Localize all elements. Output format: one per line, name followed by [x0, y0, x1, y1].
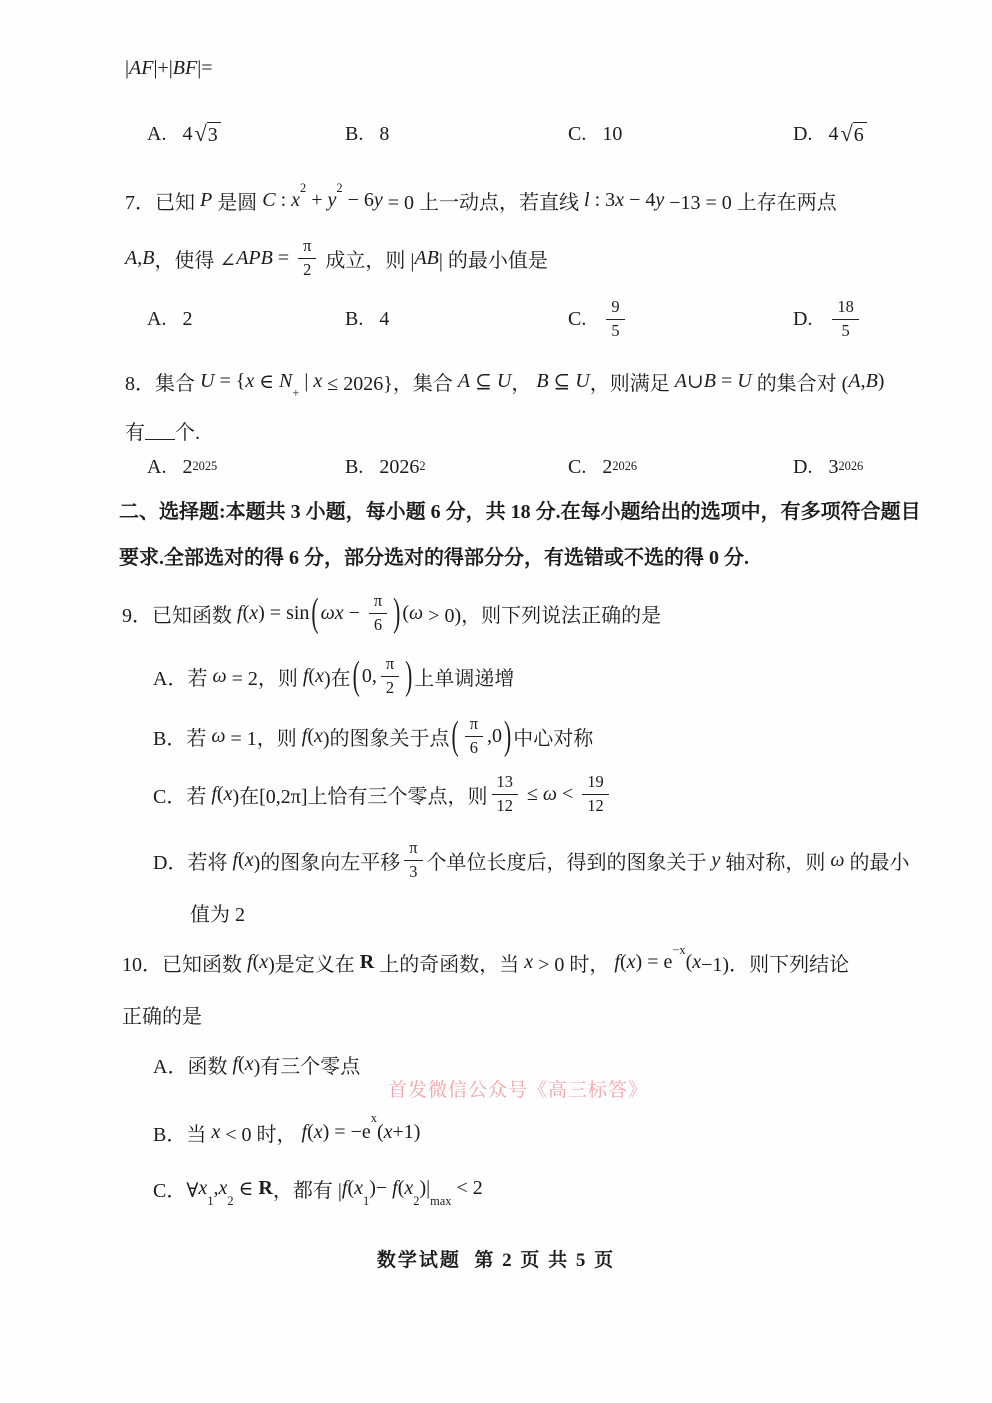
math-variable: ω: [211, 725, 225, 748]
math-variable: ω: [212, 665, 226, 688]
text-run: )在[0,2π]上恰有三个零点，则: [232, 780, 487, 809]
option-B: B.4: [345, 308, 568, 331]
text-run: = {: [214, 370, 245, 393]
text-run: 2: [602, 456, 612, 479]
option-value: 4√3: [182, 122, 220, 147]
text-run: 个.: [175, 416, 200, 445]
math-variable: x: [259, 951, 268, 974]
fraction-denominator: 2: [303, 259, 311, 281]
text-run: )在: [324, 662, 351, 691]
section-2-header-line-2: 要求.全部选对的得 6 分，部分选对的得部分分，有选错或不选的得 0 分.: [119, 536, 749, 574]
text-run: 0,: [362, 665, 377, 688]
text-run: 上单调递增: [414, 662, 514, 691]
math-variable: x: [314, 1121, 323, 1144]
text-run: D．若将: [153, 846, 232, 875]
option-value: 4: [379, 308, 389, 331]
math-variable: APB: [236, 247, 273, 270]
math-variable: P: [200, 189, 212, 212]
page-footer: 数学试题 第 2 页 共 5 页: [0, 1240, 992, 1276]
math-variable: x: [245, 849, 254, 872]
text-run: 9．已知函数: [122, 599, 237, 628]
text-run: |: [299, 370, 313, 393]
text-run: 2: [182, 456, 192, 479]
big-paren: ): [405, 653, 412, 699]
fraction-denominator: 5: [842, 320, 850, 342]
question-8-options: A.22025B.20262C.22026D.32026: [125, 446, 937, 488]
option-label: D.: [793, 456, 812, 479]
question-10-stem-line-2: 正确的是: [122, 996, 202, 1032]
question-7-stem-line-2: A,B，使得 ∠APB = π2 成立，则 |AB| 的最小值是: [125, 224, 548, 292]
option-B: B.8: [345, 123, 568, 146]
option-label: A.: [147, 456, 166, 479]
text-run: 10: [602, 123, 622, 146]
option-C: C.22026: [568, 456, 793, 479]
text-run: ) = −e: [323, 1121, 371, 1144]
option-C: C.10: [568, 123, 793, 146]
exam-page: |AF|+|BF|= A.4√3B.8C.10D.4√6 7．已知 P 是圆 C…: [0, 0, 992, 1403]
superscript: 2025: [192, 460, 217, 472]
math-variable: BF: [173, 57, 197, 80]
text-run: −13 = 0 上存在两点: [664, 186, 837, 215]
text-run: A．函数: [153, 1050, 232, 1079]
text-run: 的集合对 (: [752, 367, 849, 396]
text-run: ≤ 2026}，集合: [322, 367, 458, 396]
option-A: A.22025: [147, 456, 345, 479]
fraction-numerator: π: [465, 714, 483, 737]
text-run: B．当: [153, 1118, 211, 1147]
math-variable: A: [458, 370, 470, 393]
math-variable: x: [219, 1177, 228, 1200]
text-run: − 6: [343, 189, 374, 212]
text-run: 个单位长度后，得到的图象关于: [427, 846, 712, 875]
math-variable: x: [249, 602, 258, 625]
fraction-numerator: 18: [832, 297, 858, 320]
option-value: 22025: [182, 456, 217, 479]
math-variable: x: [692, 951, 701, 974]
text-run: |+|: [153, 57, 172, 80]
fraction: π6: [369, 591, 387, 635]
math-variable: x: [384, 1121, 393, 1144]
fraction-denominator: 3: [409, 861, 417, 883]
fraction-numerator: π: [404, 838, 422, 861]
question-9-stem: 9．已知函数 f(x) = sin(ωx − π6)(ω > 0)，则下列说法正…: [122, 578, 661, 648]
math-variable: C: [262, 189, 275, 212]
fraction: 95: [606, 297, 624, 341]
math-variable: U: [737, 370, 751, 393]
text-run: < 0 时，: [220, 1118, 301, 1147]
math-variable: A: [848, 370, 860, 393]
question-9-option-d-line-2: 值为 2: [190, 894, 245, 930]
watermark-text: 首发微信公众号《高三标答》: [388, 1074, 648, 1102]
text-run: 2026: [379, 456, 419, 479]
math-variable: ω: [543, 783, 557, 806]
radical: √3: [194, 122, 220, 147]
option-A: A.4√3: [147, 122, 345, 147]
fraction-numerator: π: [381, 654, 399, 677]
question-8-stem-line-2: 有个.: [125, 410, 200, 450]
text-run: (: [402, 602, 409, 625]
math-variable: x: [627, 951, 636, 974]
superscript: 2026: [838, 460, 863, 472]
math-variable: y: [712, 849, 721, 872]
subscript: +: [292, 387, 299, 399]
text-run: |=: [197, 57, 212, 80]
text-run: 8．集合: [125, 367, 200, 396]
text-run: C．若: [153, 780, 211, 809]
option-label: D.: [793, 123, 812, 146]
math-variable: U: [575, 370, 589, 393]
text-run: ): [878, 370, 885, 393]
text-run: −1)．则下列结论: [701, 948, 849, 977]
fraction: π6: [465, 714, 483, 758]
question-8-stem-line-1: 8．集合 U = {x ∈ N+ | x ≤ 2026}，集合 A ⊆ U， B…: [125, 358, 884, 404]
text-run: (: [620, 951, 627, 974]
option-label: A.: [147, 123, 166, 146]
option-D: D.32026: [793, 456, 937, 479]
text-run: 上的奇函数，当: [374, 948, 524, 977]
big-paren: ): [504, 713, 511, 759]
math-variable: B: [704, 370, 716, 393]
question-9-option-a: A．若 ω = 2，则 f(x)在(0,π2)上单调递增: [153, 646, 514, 706]
question-9-option-c: C．若 f(x)在[0,2π]上恰有三个零点，则1312 ≤ ω < 1912: [153, 764, 613, 824]
fraction-denominator: 6: [374, 614, 382, 636]
text-run: 7．已知: [125, 186, 200, 215]
superscript: 2026: [612, 460, 637, 472]
math-variable: N: [279, 370, 292, 393]
fraction: π3: [404, 838, 422, 882]
text-run: ，: [511, 367, 536, 396]
section-2-header-line-1: 二、选择题:本题共 3 小题，每小题 6 分，共 18 分.在每小题给出的选项中…: [119, 490, 921, 528]
fraction-numerator: 19: [582, 772, 608, 795]
question-7-options: A.2B.4C.95D.185: [125, 286, 937, 352]
option-label: C.: [568, 308, 586, 331]
radical: √6: [840, 122, 866, 147]
question-10-stem-line-1: 10．已知函数 f(x)是定义在 R 上的奇函数，当 x > 0 时， f(x)…: [122, 940, 849, 984]
option-value: 8: [379, 123, 389, 146]
bold-symbol: R: [258, 1177, 272, 1200]
option-value: 32026: [828, 456, 863, 479]
math-variable: y: [655, 189, 664, 212]
text-run: ，使得 ∠: [154, 244, 236, 273]
text-run: (: [307, 725, 314, 748]
option-label: B.: [345, 308, 363, 331]
text-run: (: [307, 1121, 314, 1144]
option-label: C.: [568, 123, 586, 146]
big-paren: (: [452, 713, 459, 759]
math-variable: B: [536, 370, 548, 393]
question-6-options: A.4√3B.8C.10D.4√6: [125, 112, 937, 156]
text-run: +: [306, 189, 327, 212]
text-run: > 0)，则下列说法正确的是: [423, 599, 661, 628]
text-run: < 2: [452, 1177, 483, 1200]
text-run: ≤: [522, 783, 543, 806]
text-run: −: [344, 602, 365, 625]
radicand: 6: [853, 122, 867, 147]
math-variable: U: [200, 370, 214, 393]
big-paren: ): [393, 590, 400, 636]
fraction-denominator: 5: [611, 320, 619, 342]
text-run: =: [716, 370, 737, 393]
math-variable: x: [245, 370, 254, 393]
math-variable: x: [615, 189, 624, 212]
math-variable: AF: [129, 57, 153, 80]
text-run: 8: [379, 123, 389, 146]
question-10-option-b: B．当 x < 0 时， f(x) = −ex(x+1): [153, 1108, 420, 1156]
option-value: 4√6: [828, 122, 866, 147]
math-variable: B: [866, 370, 878, 393]
math-variable: x: [198, 1177, 207, 1200]
text-run: )的图象关于点: [323, 722, 450, 751]
option-value: 22026: [602, 456, 637, 479]
option-B: B.20262: [345, 456, 568, 479]
text-run: | 的最小值是: [439, 244, 548, 273]
question-9-option-b: B．若 ω = 1，则 f(x)的图象关于点(π6,0)中心对称: [153, 704, 593, 768]
radicand: 3: [207, 122, 221, 147]
math-variable: x: [291, 189, 300, 212]
text-run: ⊆: [470, 369, 497, 394]
option-value: 2: [182, 308, 192, 331]
option-label: C.: [568, 456, 586, 479]
text-run: 轴对称，则: [720, 846, 830, 875]
text-run: ∪: [687, 369, 704, 394]
math-variable: y: [374, 189, 383, 212]
text-run: <: [557, 783, 578, 806]
text-run: 的最小: [845, 846, 910, 875]
text-run: 2: [182, 308, 192, 331]
superscript: 2: [419, 460, 425, 472]
text-run: = 1，则: [225, 722, 301, 751]
math-variable: x: [313, 370, 322, 393]
fraction-denominator: 12: [497, 795, 513, 817]
option-label: A.: [147, 308, 166, 331]
math-variable: x: [315, 665, 324, 688]
superscript: −x: [672, 944, 685, 956]
fraction: 1312: [492, 772, 518, 816]
text-run: 4: [828, 123, 838, 146]
fraction: π2: [298, 236, 316, 280]
big-paren: (: [311, 590, 318, 636]
math-variable: x: [524, 951, 533, 974]
text-run: − 4: [624, 189, 655, 212]
formula-afbf-sum: |AF|+|BF|=: [125, 46, 212, 90]
question-7-stem-line-1: 7．已知 P 是圆 C : x2 + y2 − 6y = 0 上一动点，若直线 …: [125, 178, 837, 222]
text-run: B．若: [153, 722, 211, 751]
text-run: ) = e: [636, 951, 673, 974]
text-run: )有三个零点: [254, 1050, 361, 1079]
text-run: 有: [125, 416, 145, 445]
text-run: ，则满足: [590, 367, 675, 396]
text-run: ⊆: [549, 369, 576, 394]
math-variable: B: [142, 247, 154, 270]
text-run: (: [377, 1121, 384, 1144]
question-10-option-c: C．∀x1,x2 ∈ R，都有 |f(x1)− f(x2)|max < 2: [153, 1164, 483, 1212]
text-run: ∈: [254, 369, 279, 394]
text-run: > 0 时，: [533, 948, 614, 977]
option-C: C.95: [568, 297, 793, 341]
blank-underline: [145, 421, 175, 440]
math-variable: x: [314, 725, 323, 748]
option-A: A.2: [147, 308, 345, 331]
math-variable: U: [497, 370, 511, 393]
option-label: B.: [345, 456, 363, 479]
option-value: 185: [828, 297, 862, 341]
math-variable: x: [245, 1053, 254, 1076]
text-run: 要求.全部选对的得 6 分，部分选对的得部分分，有选错或不选的得 0 分.: [119, 541, 749, 570]
math-variable: ωx: [321, 602, 344, 625]
text-run: 正确的是: [122, 1000, 202, 1029]
text-run: ) = sin: [258, 602, 309, 625]
text-run: )−: [369, 1177, 392, 1200]
text-run: 3: [828, 456, 838, 479]
text-run: 值为 2: [190, 898, 245, 927]
text-run: = 0 上一动点，若直线: [383, 186, 584, 215]
math-variable: ω: [830, 849, 844, 872]
text-run: )是定义在: [268, 948, 360, 977]
math-variable: x: [211, 1121, 220, 1144]
question-10-option-a: A．函数 f(x)有三个零点: [153, 1044, 360, 1084]
math-variable: x: [354, 1177, 363, 1200]
subscript: max: [430, 1195, 451, 1207]
text-run: =: [273, 247, 294, 270]
option-value: 10: [602, 123, 622, 146]
fraction-numerator: 9: [606, 297, 624, 320]
text-run: )|: [420, 1177, 431, 1200]
text-run: (: [238, 849, 245, 872]
text-run: +1): [393, 1121, 421, 1144]
big-paren: (: [353, 653, 360, 699]
fraction-numerator: 13: [492, 772, 518, 795]
text-run: 中心对称: [513, 722, 593, 751]
option-D: D.185: [793, 297, 937, 341]
text-run: 是圆: [212, 186, 262, 215]
math-variable: A: [125, 247, 137, 270]
fraction: 185: [832, 297, 858, 341]
text-run: 4: [182, 123, 192, 146]
text-run: ,0: [487, 725, 502, 748]
option-label: D.: [793, 308, 812, 331]
option-label: B.: [345, 123, 363, 146]
text-run: 二、选择题:本题共 3 小题，每小题 6 分，共 18 分.在每小题给出的选项中…: [119, 495, 921, 524]
radical-sign-icon: √: [194, 122, 206, 147]
question-9-option-d-line-1: D．若将 f(x)的图象向左平移π3个单位长度后，得到的图象关于 y 轴对称，则…: [153, 832, 910, 888]
math-variable: y: [328, 189, 337, 212]
text-run: :: [276, 189, 292, 212]
text-run: ，都有 |: [273, 1174, 342, 1203]
math-variable: x: [224, 783, 233, 806]
fraction-denominator: 2: [386, 677, 394, 699]
text-run: 4: [379, 308, 389, 331]
fraction: 1912: [582, 772, 608, 816]
fraction-numerator: π: [369, 591, 387, 614]
math-variable: x: [404, 1177, 413, 1200]
math-variable: ω: [409, 602, 423, 625]
option-value: 95: [602, 297, 628, 341]
fraction-denominator: 6: [470, 737, 478, 759]
text-run: = 2，则: [227, 662, 303, 691]
fraction: π2: [381, 654, 399, 698]
math-variable: AB: [414, 247, 438, 270]
text-run: C．∀: [153, 1174, 198, 1203]
text-run: A．若: [153, 662, 212, 691]
text-run: (: [238, 1053, 245, 1076]
text-run: 10．已知函数: [122, 948, 247, 977]
text-run: (: [217, 783, 224, 806]
text-run: ∈: [234, 1176, 259, 1201]
math-variable: A: [675, 370, 687, 393]
text-run: )的图象向左平移: [254, 846, 401, 875]
fraction-denominator: 12: [587, 795, 603, 817]
text-run: 成立，则 |: [320, 244, 414, 273]
radical-sign-icon: √: [840, 122, 852, 147]
option-D: D.4√6: [793, 122, 937, 147]
fraction-numerator: π: [298, 236, 316, 259]
option-value: 20262: [379, 456, 425, 479]
text-run: : 3: [590, 189, 616, 212]
bold-symbol: R: [360, 951, 374, 974]
